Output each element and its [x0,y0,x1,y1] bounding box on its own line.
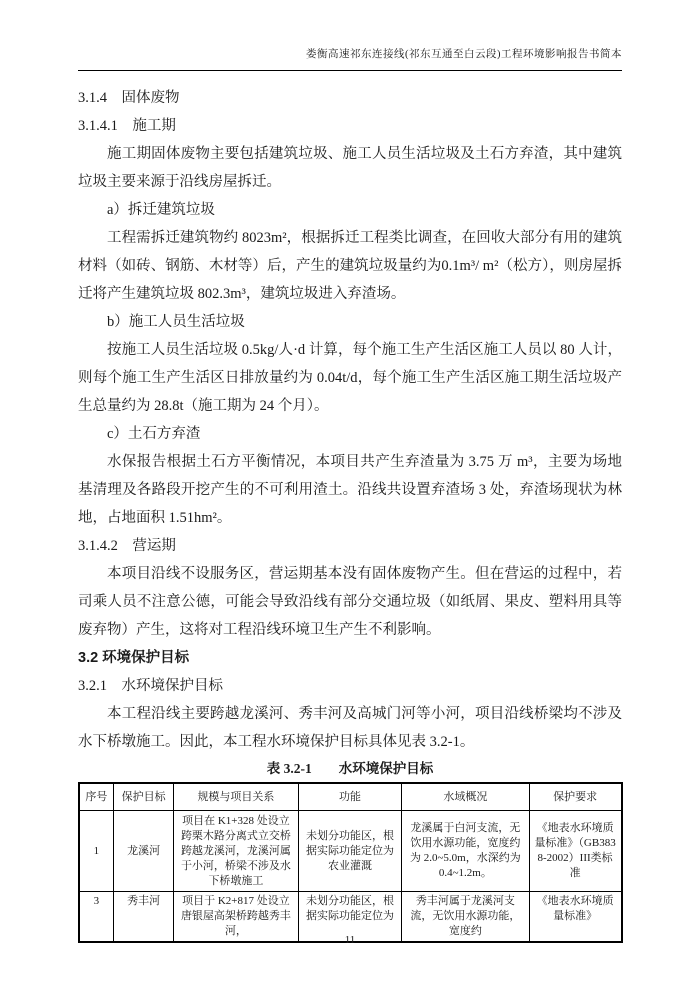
section-heading-3-1-4: 3.1.4 固体废物 [78,84,622,112]
running-header-title: 娄衡高速祁东连接线(祁东互通至白云段)工程环境影响报告书简本 [306,49,622,60]
table-caption: 表 3.2-1 水环境保护目标 [78,759,622,779]
column-header: 序号 [79,783,114,811]
document-body: 3.1.4 固体废物 3.1.4.1 施工期 施工期固体废物主要包括建筑垃圾、施… [78,84,622,756]
paragraph: 本项目沿线不设服务区，营运期基本没有固体废物产生。但在营运的过程中，若司乘人员不… [78,560,622,644]
page-number: 11 [0,934,700,946]
list-item-b: b）施工人员生活垃圾 [78,308,622,336]
column-header: 保护目标 [114,783,174,811]
paragraph: 水保报告根据土石方平衡情况，本项目共产生弃渣量为 3.75 万 m³，主要为场地… [78,448,622,532]
table-row: 1 龙溪河 项目在 K1+328 处设立跨栗木路分离式立交桥跨越龙溪河，龙溪河属… [79,811,622,892]
column-header: 规模与项目关系 [174,783,299,811]
table-cell: 龙溪河 [114,811,174,892]
table-cell: 《地表水环境质量标准》（GB3838-2002）III类标准 [529,811,621,892]
column-header: 功能 [298,783,401,811]
table-cell: 1 [79,811,114,892]
section-heading-3-1-4-2: 3.1.4.2 营运期 [78,532,622,560]
list-item-c: c）土石方弃渣 [78,420,622,448]
paragraph: 按施工人员生活垃圾 0.5kg/人·d 计算，每个施工生产生活区施工人员以 80… [78,336,622,420]
running-header: 娄衡高速祁东连接线(祁东互通至白云段)工程环境影响报告书简本 [78,48,622,71]
document-page: 娄衡高速祁东连接线(祁东互通至白云段)工程环境影响报告书简本 3.1.4 固体废… [0,0,700,990]
column-header: 水域概况 [402,783,530,811]
table-cell: 项目在 K1+328 处设立跨栗木路分离式立交桥跨越龙溪河，龙溪河属于小河，桥梁… [174,811,299,892]
water-protection-table: 序号 保护目标 规模与项目关系 功能 水域概况 保护要求 1 龙溪河 项目在 K… [78,782,623,943]
list-item-a: a）拆迁建筑垃圾 [78,196,622,224]
table-header-row: 序号 保护目标 规模与项目关系 功能 水域概况 保护要求 [79,783,622,811]
section-heading-3-2: 3.2 环境保护目标 [78,644,622,672]
table-cell: 龙溪属于白河支流，无饮用水源功能，宽度约为 2.0~5.0m，水深约为 0.4~… [402,811,530,892]
section-heading-3-2-1: 3.2.1 水环境保护目标 [78,672,622,700]
section-heading-3-1-4-1: 3.1.4.1 施工期 [78,112,622,140]
paragraph: 本工程沿线主要跨越龙溪河、秀丰河及高城门河等小河，项目沿线桥梁均不涉及水下桥墩施… [78,700,622,756]
paragraph: 工程需拆迁建筑物约 8023m²，根据拆迁工程类比调查，在回收大部分有用的建筑材… [78,224,622,308]
table-cell: 未划分功能区，根据实际功能定位为农业灌溉 [298,811,401,892]
column-header: 保护要求 [529,783,621,811]
paragraph: 施工期固体废物主要包括建筑垃圾、施工人员生活垃圾及土石方弃渣，其中建筑垃圾主要来… [78,140,622,196]
